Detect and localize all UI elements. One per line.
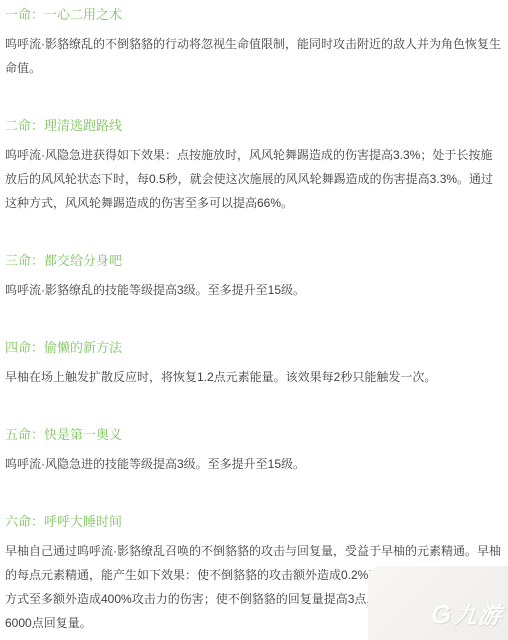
constellation-title: 一命：一心二用之术	[5, 5, 504, 24]
constellation-body: 呜呼流·风隐急进的技能等级提高3级。至多提升至15级。	[5, 452, 504, 476]
9game-logo-icon: G	[430, 598, 452, 632]
constellation-title: 六命：呼呼大睡时间	[5, 512, 504, 531]
constellation-title: 四命：偷懒的新方法	[5, 338, 504, 357]
constellation-article: 一命：一心二用之术 呜呼流·影貉缭乱的不倒貉貉的行动将忽视生命值限制，能同时攻击…	[0, 0, 508, 635]
constellation-section-5: 五命：快是第一奥义 呜呼流·风隐急进的技能等级提高3级。至多提升至15级。	[5, 425, 504, 476]
9game-logo: G九游	[429, 597, 504, 630]
constellation-title: 二命：理清逃跑路线	[5, 116, 504, 135]
9game-watermark: G九游	[368, 566, 508, 640]
constellation-section-3: 三命：都交给分身吧 呜呼流·影貉缭乱的技能等级提高3级。至多提升至15级。	[5, 251, 504, 302]
constellation-section-1: 一命：一心二用之术 呜呼流·影貉缭乱的不倒貉貉的行动将忽视生命值限制，能同时攻击…	[5, 5, 504, 80]
constellation-body: 呜呼流·风隐急进获得如下效果：点按施放时，风风轮舞踢造成的伤害提高3.3%；处于…	[5, 143, 504, 215]
constellation-section-2: 二命：理清逃跑路线 呜呼流·风隐急进获得如下效果：点按施放时，风风轮舞踢造成的伤…	[5, 116, 504, 215]
9game-logo-text: 九游	[452, 602, 503, 628]
constellation-body: 早柚在场上触发扩散反应时，将恢复1.2点元素能量。该效果每2秒只能触发一次。	[5, 365, 504, 389]
constellation-body: 呜呼流·影貉缭乱的不倒貉貉的行动将忽视生命值限制，能同时攻击附近的敌人并为角色恢…	[5, 32, 504, 80]
constellation-title: 五命：快是第一奥义	[5, 425, 504, 444]
constellation-body: 呜呼流·影貉缭乱的技能等级提高3级。至多提升至15级。	[5, 278, 504, 302]
article-page: { "page": { "background": "#ffffff", "ac…	[0, 0, 508, 640]
constellation-section-4: 四命：偷懒的新方法 早柚在场上触发扩散反应时，将恢复1.2点元素能量。该效果每2…	[5, 338, 504, 389]
constellation-title: 三命：都交给分身吧	[5, 251, 504, 270]
